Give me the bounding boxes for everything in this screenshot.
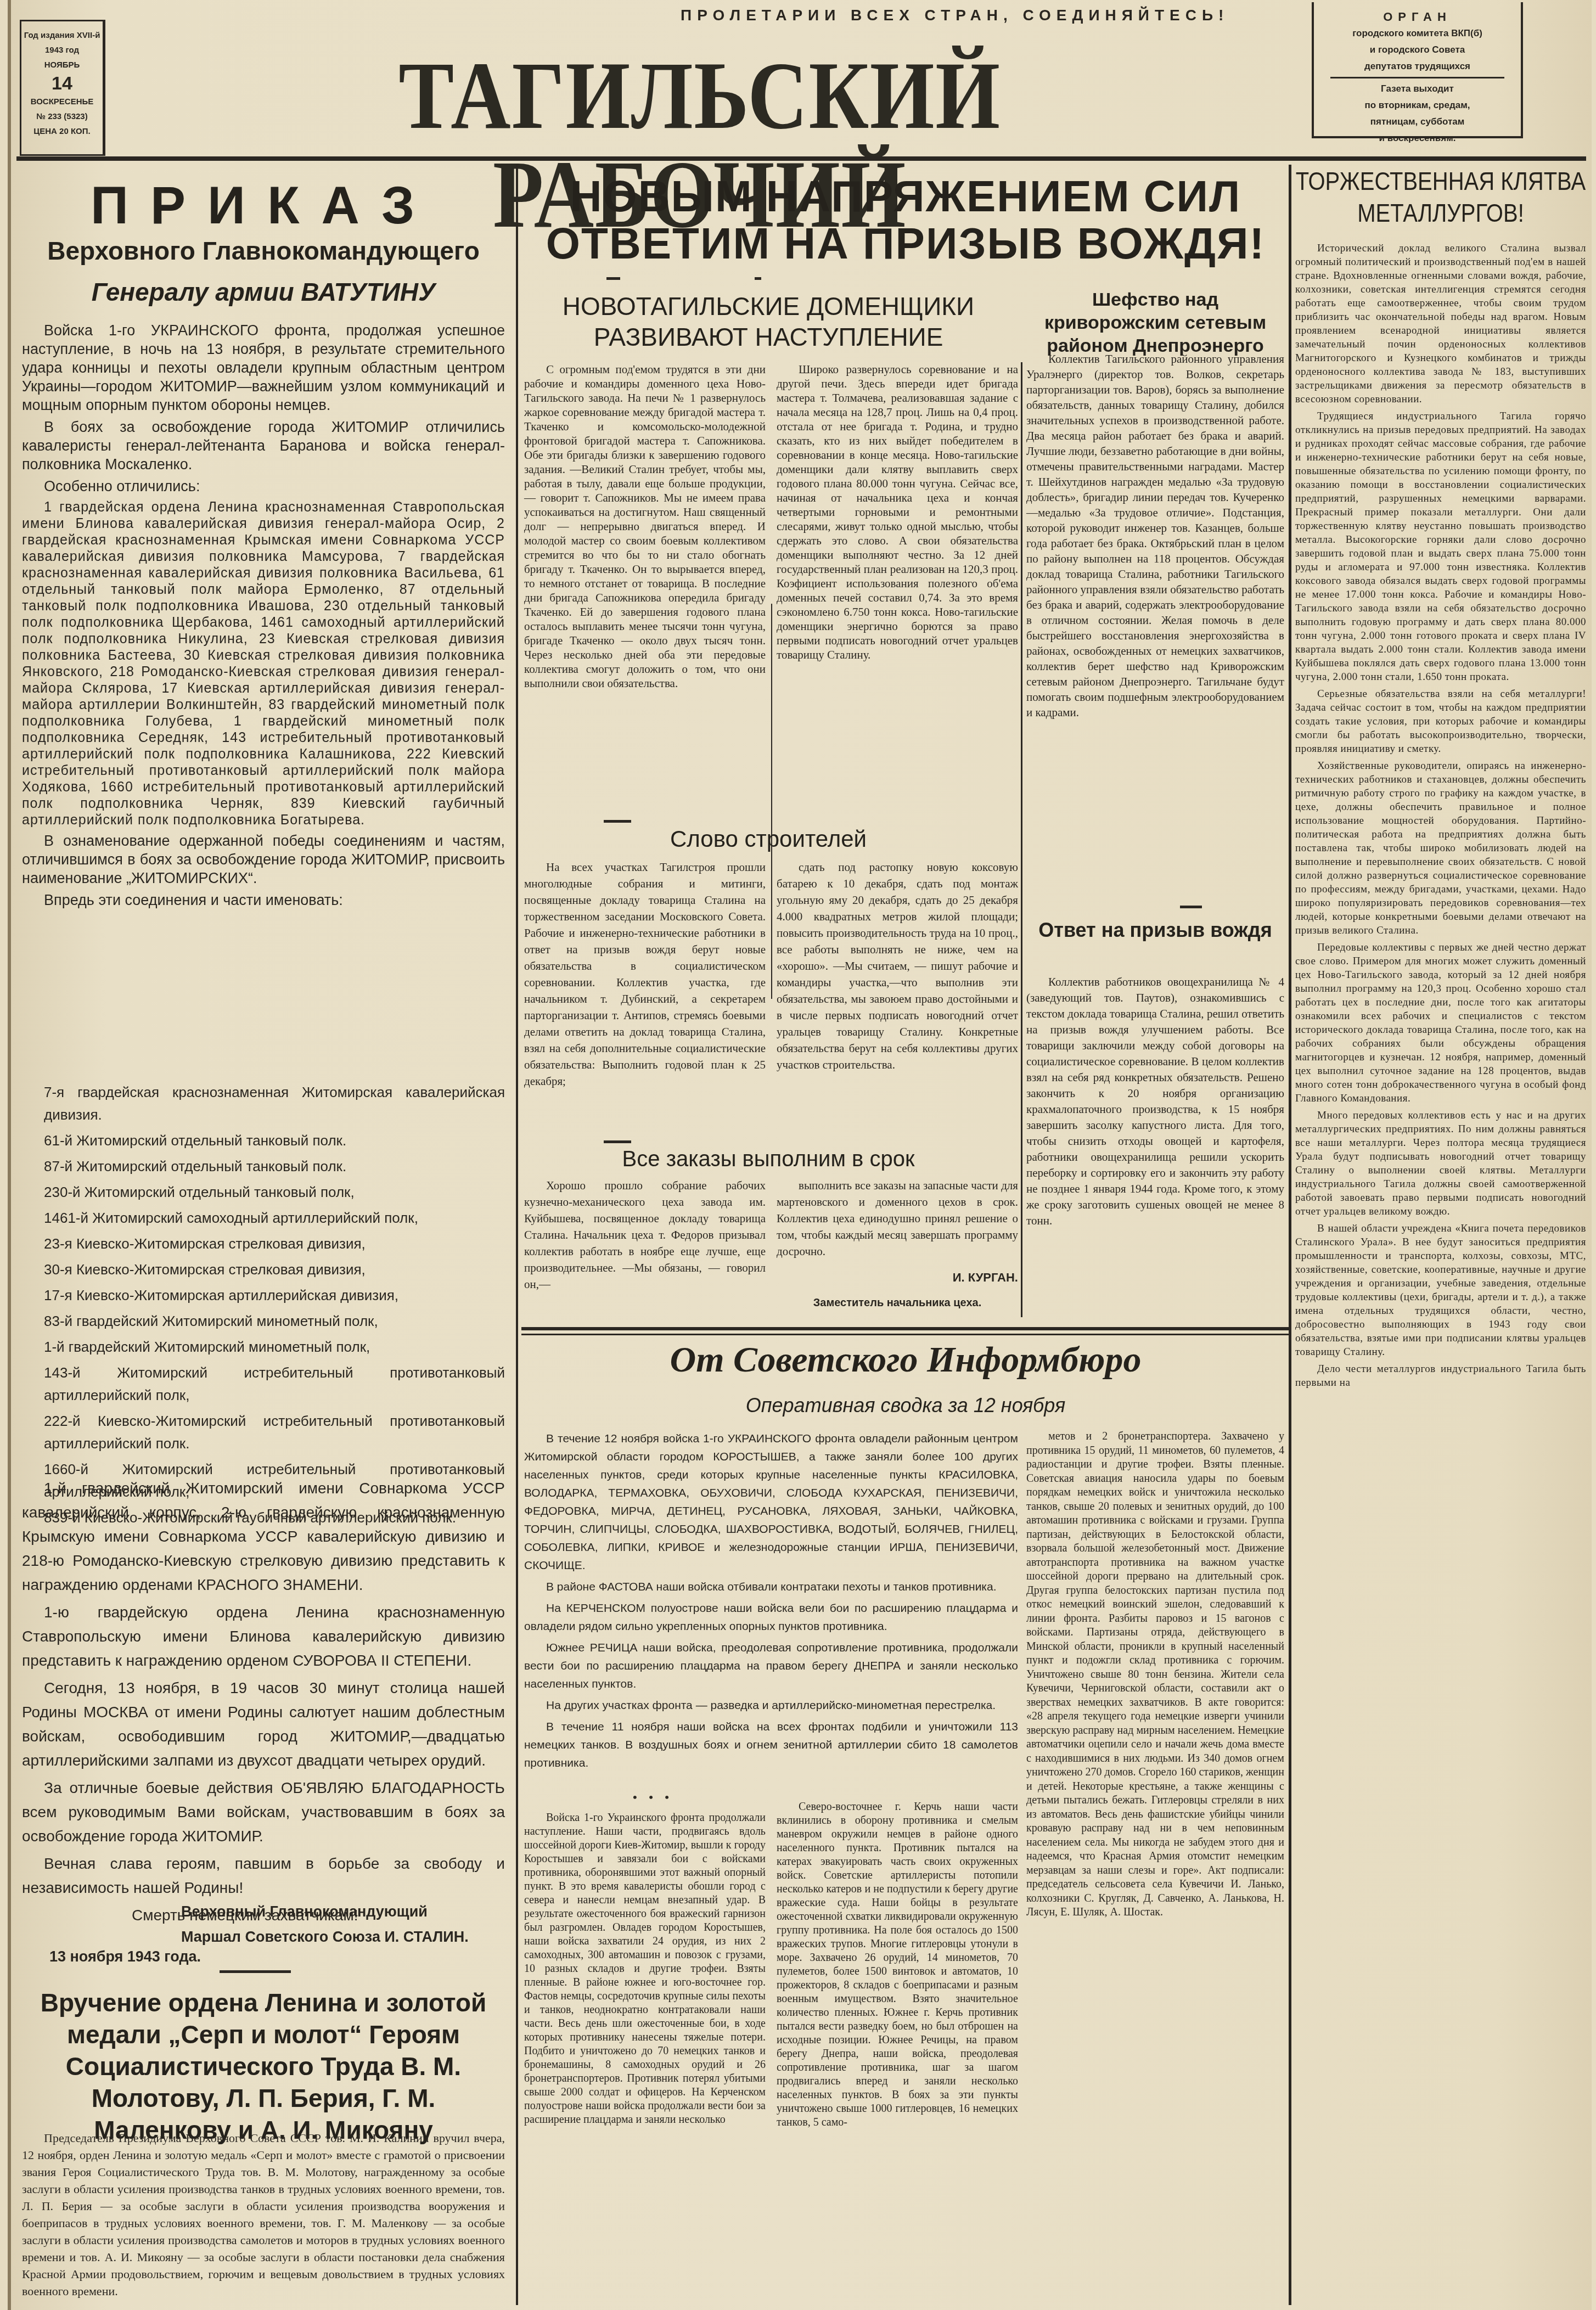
prikaz-body: Войска 1-го УКРАИНСКОГО фронта, продолжа… [22, 321, 505, 913]
unit-item: 222-й Киевско-Житомирский истребительный… [22, 1410, 505, 1455]
unit-item: 61-й Житомирский отдельный танковый полк… [22, 1129, 505, 1152]
paragraph: Широко развернулось соревнование и на др… [777, 362, 1018, 662]
sovinform-col-c: метов и 2 бронетранспортера. Захвачено у… [1026, 1430, 1284, 1923]
unit-item: 23-я Киевско-Житомирская стрелковая диви… [22, 1233, 505, 1255]
divider [1330, 77, 1504, 78]
slovo-title: Слово строителей [527, 826, 1010, 852]
paragraph: Сегодня, 13 ноября, в 19 часов 30 минут … [22, 1676, 505, 1773]
organ-box: ОРГАН городского комитета ВКП(б) и город… [1312, 2, 1523, 138]
award-body: Председатель Президиума Верховного Совет… [22, 2129, 505, 2303]
award-title: Вручение ордена Ленина и золотой медали … [22, 1987, 505, 2146]
paragraph: На всех участках Тагилстроя прошли много… [524, 859, 766, 1089]
divider [604, 1140, 631, 1143]
paragraph: Хозяйственные руководители, опираясь на … [1295, 759, 1586, 937]
unit-list: 7-я гвардейская краснознаменная Житомирс… [22, 1081, 505, 1532]
author-role: Заместитель начальника цеха. [777, 1295, 1018, 1311]
paragraph: Южнее РЕЧИЦА наши войска, преодолевая со… [524, 1639, 1018, 1693]
paragraph: Войска 1-го УКРАИНСКОГО фронта, продолжа… [22, 321, 505, 414]
divider [606, 277, 620, 280]
paragraph: Особенно отличились: [22, 477, 505, 496]
masthead-rule [16, 156, 1586, 161]
zakazy-title: Все заказы выполним в срок [527, 1147, 1010, 1172]
paragraph: Передовые коллективы с первых же дней че… [1295, 941, 1586, 1105]
shefstvo-title: Шефство над криворожским сетевым районом… [1026, 288, 1284, 357]
domenshiki-title: НОВОТАГИЛЬСКИЕ ДОМЕНЩИКИ РАЗВИВАЮТ НАСТУ… [527, 291, 1010, 352]
otvet-title: Ответ на призыв вождя [1026, 917, 1284, 944]
signature-line: Верховный Главнокомандующий [181, 1899, 510, 1924]
organ-line: и городского Совета [1314, 42, 1521, 58]
paragraph: 1 гвардейская ордена Ленина краснознамен… [22, 499, 505, 828]
publication-year: Год издания XVII-й [21, 28, 103, 43]
zakazy-col2: выполнить все заказы на запасные части д… [777, 1177, 1018, 1311]
paragraph: Северо-восточнее г. Керчь наши части вкл… [777, 1800, 1018, 2129]
otvet-body: Коллектив работников овощехранилища № 4 … [1026, 974, 1284, 1232]
organ-line: депутатов трудящихся [1314, 58, 1521, 75]
paragraph: С огромным под'емом трудятся в эти дни р… [524, 362, 766, 690]
section-rule [521, 1334, 1289, 1335]
paragraph: Коллектив Тагильского районного управлен… [1026, 351, 1284, 720]
divider [755, 277, 761, 280]
section-rule [521, 1327, 1289, 1330]
domenshiki-col2: Широко развернулось соревнование и на др… [777, 362, 1018, 665]
prikaz-date: 13 ноября 1943 года. [49, 1948, 201, 1965]
prikaz-addressee: Генералу армии ВАТУТИНУ [22, 277, 505, 307]
schedule-line: и воскресеньям. [1314, 130, 1521, 147]
unit-item: 1-й гвардейский Житомирский минометный п… [22, 1336, 505, 1358]
paragraph: За отличные боевые действия ОБ'ЯВЛЯЮ БЛА… [22, 1776, 505, 1848]
year: 1943 год [21, 43, 103, 58]
column-rule [771, 604, 772, 999]
schedule-line: пятницам, субботам [1314, 114, 1521, 130]
paragraph: Хорошо прошло собрание рабочих кузнечно-… [524, 1177, 766, 1292]
slovo-col2: сдать под растопку новую коксовую батаре… [777, 859, 1018, 1076]
paragraph: В ознаменование одержанной победы соедин… [22, 831, 505, 887]
paragraph: выполнить все заказы на запасные части д… [777, 1177, 1018, 1260]
sovinform-main: В течение 12 ноября войска 1-го УКРАИНСК… [524, 1430, 1018, 1775]
paragraph: 1-ю гвардейскую ордена Ленина краснознам… [22, 1600, 505, 1673]
kljatva-body: Исторический доклад великого Сталина выз… [1295, 241, 1586, 1393]
slogan: ПРОЛЕТАРИИ ВСЕХ СТРАН, СОЕДИНЯЙТЕСЬ! [681, 7, 1262, 24]
paragraph: Председатель Президиума Верховного Совет… [22, 2129, 505, 2300]
paragraph: Вечная слава героям, павшим в борьбе за … [22, 1852, 505, 1900]
unit-item: 230-й Житомирский отдельный танковый пол… [22, 1181, 505, 1204]
paragraph: Впредь эти соединения и части именовать: [22, 891, 505, 909]
divider [220, 1970, 291, 1973]
paragraph: Трудящиеся индустриального Тагила горячо… [1295, 409, 1586, 684]
paragraph: сдать под растопку новую коксовую батаре… [777, 859, 1018, 1073]
schedule-line: по вторникам, средам, [1314, 97, 1521, 114]
day: 14 [21, 72, 103, 94]
paragraph: 1-й гвардейский Житомирский имени Совнар… [22, 1476, 505, 1597]
signature-line: Маршал Советского Союза И. СТАЛИН. [181, 1924, 510, 1949]
month: НОЯБРЬ [21, 58, 103, 72]
paragraph: Исторический доклад великого Сталина выз… [1295, 241, 1586, 406]
organ-head: ОРГАН [1314, 9, 1521, 25]
unit-item: 143-й Житомирский истребительный противо… [22, 1362, 505, 1407]
paragraph: Много передовых коллективов есть у нас и… [1295, 1109, 1586, 1218]
unit-item: 17-я Киевско-Житомирская артиллерийская … [22, 1284, 505, 1307]
unit-item: 1461-й Житомирский самоходный артиллерий… [22, 1207, 505, 1229]
prikaz-subtitle: Верховного Главнокомандующего [22, 236, 505, 266]
sovinform-title: От Советского Информбюро [527, 1339, 1284, 1381]
sovinform-col-b: Северо-восточнее г. Керчь наши части вкл… [777, 1800, 1018, 2133]
zakazy-col1: Хорошо прошло собрание рабочих кузнечно-… [524, 1177, 766, 1296]
lead-headline: НОВЫМ НАПРЯЖЕНИЕМ СИЛ ОТВЕТИМ НА ПРИЗЫВ … [527, 173, 1284, 267]
paragraph: В течение 12 ноября войска 1-го УКРАИНСК… [524, 1430, 1018, 1575]
unit-item: 87-й Житомирский отдельный танковый полк… [22, 1155, 505, 1178]
author: И. КУРГАН. [777, 1269, 1018, 1286]
unit-item: 7-я гвардейская краснознаменная Житомирс… [22, 1081, 505, 1126]
unit-item: 83-й гвардейский Житомирский минометный … [22, 1310, 505, 1333]
paragraph: Войска 1-го Украинского фронта продолжал… [524, 1811, 766, 2127]
column-rule [1289, 165, 1291, 2305]
paragraph: Серьезные обязательства взяли на себя ме… [1295, 687, 1586, 756]
paragraph: В районе ФАСТОВА наши войска отбивали ко… [524, 1578, 1018, 1596]
signature: Верховный Главнокомандующий Маршал Совет… [181, 1899, 510, 1949]
divider [604, 820, 631, 823]
paragraph: В боях за освобождение города ЖИТОМИР от… [22, 418, 505, 474]
sovinform-subtitle: Оперативная сводка за 12 ноября [527, 1394, 1284, 1417]
issue-number: № 233 (5323) [21, 109, 103, 124]
domenshiki-col1: С огромным под'емом трудятся в эти дни р… [524, 362, 766, 694]
column-rule [1021, 362, 1022, 1317]
paragraph: Коллектив работников овощехранилища № 4 … [1026, 974, 1284, 1229]
schedule-line: Газета выходит [1314, 81, 1521, 97]
prikaz-title: ПРИКАЗ [22, 176, 505, 236]
weekday: ВОСКРЕСЕНЬЕ [21, 94, 103, 109]
unit-item: 30-я Киевско-Житомирская стрелковая диви… [22, 1258, 505, 1281]
column-rule [516, 165, 518, 2305]
sovinform-col-a: Войска 1-го Украинского фронта продолжал… [524, 1811, 766, 2130]
slovo-col1: На всех участках Тагилстроя прошли много… [524, 859, 766, 1093]
paragraph: метов и 2 бронетранспортера. Захвачено у… [1026, 1430, 1284, 1920]
price: ЦЕНА 20 КОП. [21, 124, 103, 139]
paragraph: Дело чести металлургов индустриального Т… [1295, 1362, 1586, 1390]
organ-line: городского комитета ВКП(б) [1314, 25, 1521, 42]
shefstvo-body: Коллектив Тагильского районного управлен… [1026, 351, 1284, 723]
paragraph: В течение 11 ноября наши войска на всех … [524, 1718, 1018, 1772]
paragraph: В нашей области учреждена «Книга почета … [1295, 1222, 1586, 1359]
kljatva-title: ТОРЖЕСТВЕННАЯ КЛЯТВА МЕТАЛЛУРГОВ! [1295, 166, 1586, 229]
paragraph: На других участках фронта — разведка и а… [524, 1696, 1018, 1715]
divider [1180, 906, 1202, 908]
separator-stars: • • • [549, 1790, 757, 1805]
prikaz-body-2: 1-й гвардейский Житомирский имени Совнар… [22, 1476, 505, 1931]
paragraph: На КЕРЧЕНСКОМ полуострове наши войска ве… [524, 1599, 1018, 1635]
date-box: Год издания XVII-й 1943 год НОЯБРЬ 14 ВО… [20, 20, 105, 156]
